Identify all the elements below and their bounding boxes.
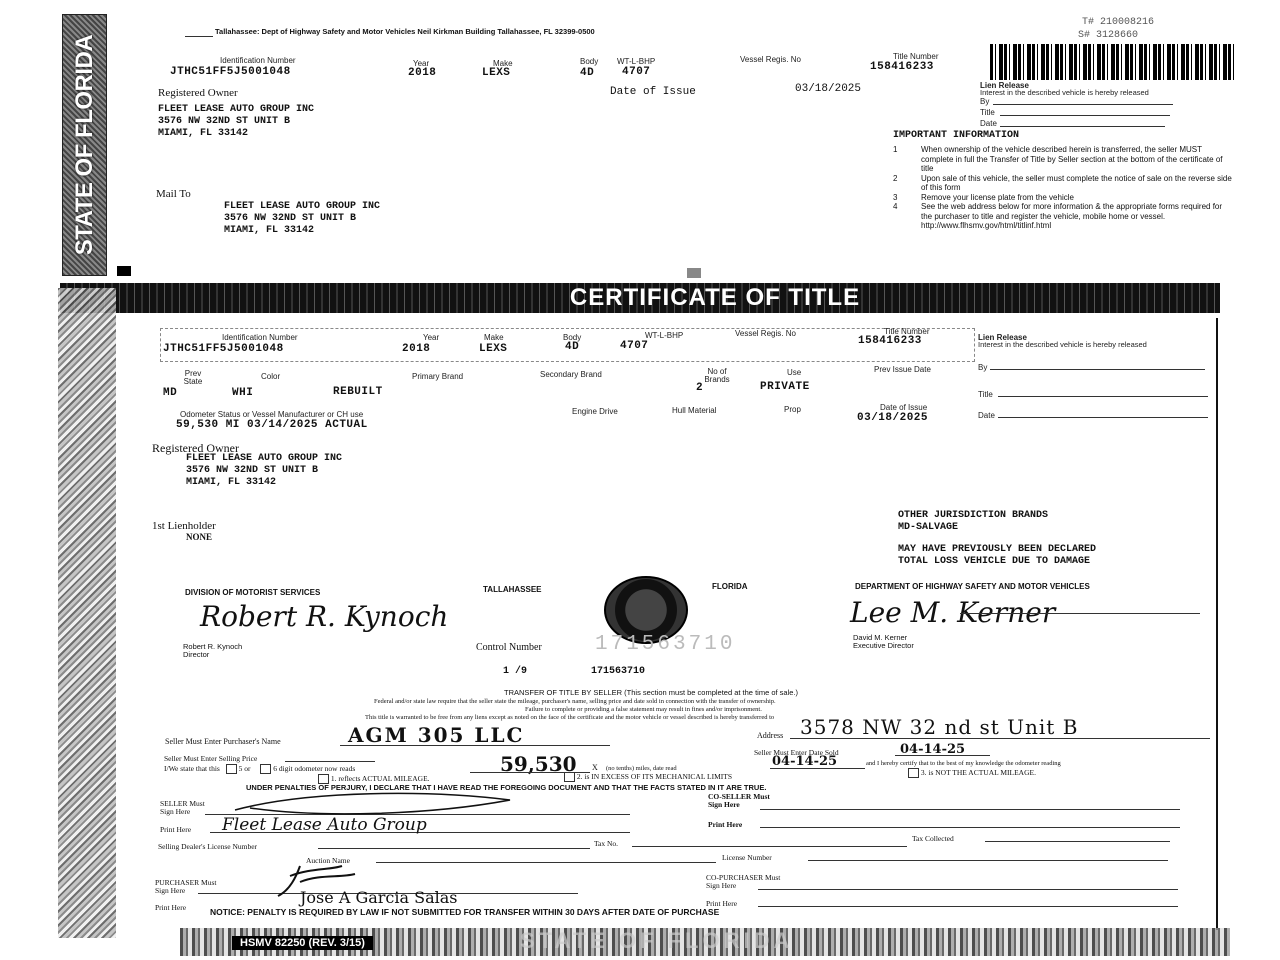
important-item: 1When ownership of the vehicle described… (893, 145, 1233, 174)
license-number-label: License Number (722, 853, 772, 862)
selling-price-label: Seller Must Enter Selling Price (164, 754, 257, 763)
date-read-value[interactable]: 04-14-25 (772, 754, 837, 769)
label-hull-material: Hull Material (672, 406, 716, 415)
label-prop: Prop (784, 405, 801, 414)
label-secondary-brand: Secondary Brand (540, 370, 602, 379)
stub-label-body: Body (580, 57, 598, 66)
year-value: 2018 (402, 343, 430, 355)
stub-registered-owner-label: Registered Owner (158, 87, 238, 99)
label-prev-state: Prev State (178, 370, 208, 386)
important-item: 4See the web address below for more info… (893, 202, 1233, 231)
total-loss-notice-1: MAY HAVE PREVIOUSLY BEEN DECLARED (898, 544, 1096, 556)
label-date-of-issue: Date of Issue (880, 403, 927, 412)
lien-title-field[interactable] (998, 396, 1208, 397)
certificate-of-title-heading: CERTIFICATE OF TITLE (480, 283, 950, 313)
lien-by-field[interactable] (990, 369, 1205, 370)
director-title: Director (183, 651, 242, 659)
label-primary-brand: Primary Brand (412, 372, 463, 381)
stub-date-of-issue: 03/18/2025 (795, 83, 861, 95)
date-of-issue-value: 03/18/2025 (857, 412, 928, 424)
label-year: Year (423, 333, 439, 342)
certificate-left-ornamental-border (58, 288, 116, 938)
side-banner-text: STATE OF FLORIDA (71, 35, 99, 255)
director-signature: Robert R. Kynoch (200, 600, 448, 633)
copurchaser-sign-label: CO-PURCHASER Must Sign Here (706, 874, 780, 890)
purchaser-name-value[interactable]: AGM 305 LLC (348, 723, 524, 747)
primary-brand-value: REBUILT (333, 386, 383, 398)
registered-owner-block: FLEET LEASE AUTO GROUP INC 3576 NW 32ND … (186, 453, 342, 489)
wt-value: 4707 (620, 340, 648, 352)
date-read-field[interactable] (770, 768, 865, 769)
stub-year: 2018 (408, 67, 436, 79)
page-indicator: 1 /9 (503, 666, 527, 677)
label-make: Make (484, 333, 504, 342)
inventory-s-number: S# 3128660 (1078, 30, 1138, 41)
mail-to-label: Mail To (156, 188, 191, 200)
label-use: Use (787, 368, 801, 377)
date-sold-value[interactable]: 04-14-25 (900, 742, 965, 757)
dealer-license-label: Selling Dealer's License Number (158, 842, 257, 851)
control-number: 171563710 (591, 666, 645, 677)
control-number-label: Control Number (476, 642, 542, 653)
total-loss-notice-2: TOTAL LOSS VEHICLE DUE TO DAMAGE (898, 556, 1096, 568)
perforation-mark-left (117, 266, 131, 276)
copurchaser-print-field[interactable] (758, 906, 1178, 907)
stub-lien-date-label: Date (980, 119, 997, 128)
coseller-print-label: Print Here (708, 820, 742, 829)
mail-to-street: 3576 NW 32ND ST UNIT B (224, 213, 380, 225)
coseller-signature-field[interactable] (760, 809, 1180, 810)
purchaser-print-label: Print Here (155, 903, 186, 912)
important-info-heading: IMPORTANT INFORMATION (893, 130, 1019, 141)
transfer-law-2: Failure to complete or providing a false… (525, 706, 762, 713)
body-value: 4D (565, 341, 579, 353)
label-engine-drive: Engine Drive (572, 407, 618, 416)
auction-name-field[interactable] (376, 862, 716, 863)
stub-body: 4D (580, 67, 594, 79)
department-label: DEPARTMENT OF HIGHWAY SAFETY AND MOTOR V… (855, 582, 1090, 591)
stub-vin: JTHC51FF5J5001048 (170, 66, 291, 78)
excess-mileage-checkbox[interactable] (564, 772, 575, 782)
transfer-law-1: Federal and/or state law require that th… (374, 698, 776, 705)
lien-date-label: Date (978, 411, 995, 420)
copurchaser-signature-field[interactable] (758, 889, 1178, 890)
penalty-notice: NOTICE: PENALTY IS REQUIRED BY LAW IF NO… (210, 907, 719, 917)
stub-date-of-issue-label: Date of Issue (610, 86, 696, 98)
purchaser-address-value[interactable]: 3578 NW 32 nd st Unit B (800, 715, 1078, 739)
important-item: 3Remove your license plate from the vehi… (893, 193, 1233, 203)
executive-signature-stroke (960, 613, 1200, 614)
perforation-mark-center (687, 268, 701, 278)
form-number: HSMV 82250 (REV. 3/15) (232, 936, 373, 950)
odometer-value: 59,530 MI 03/14/2025 ACTUAL (176, 419, 368, 431)
lien-release-text: Interest in the described vehicle is her… (978, 340, 1147, 349)
header-rule (185, 36, 213, 37)
footer-band-text: STATE OF FLORIDA (520, 928, 793, 954)
make-value: LEXS (479, 343, 507, 355)
tax-no-field[interactable] (632, 846, 907, 847)
owner-name: FLEET LEASE AUTO GROUP INC (158, 104, 314, 116)
tax-no-label: Tax No. (594, 839, 618, 848)
mail-to-city: MIAMI, FL 33142 (224, 225, 380, 237)
mail-to-name: FLEET LEASE AUTO GROUP INC (224, 201, 380, 213)
owner-street: 3576 NW 32ND ST UNIT B (158, 116, 314, 128)
tenths-label: (no tenths) miles, date read (606, 765, 677, 772)
city-label: TALLAHASSEE (483, 585, 542, 594)
purchaser-print-value[interactable]: Jose A Garcia Salas (300, 888, 458, 907)
purchaser-address-label: Address (757, 731, 783, 740)
dealer-license-field[interactable] (318, 848, 590, 849)
coseller-print-field[interactable] (760, 827, 1180, 828)
stub-label-id-number: Identification Number (220, 56, 296, 65)
important-item: 2Upon sale of this vehicle, the seller m… (893, 174, 1233, 193)
not-actual-mileage-checkbox[interactable] (908, 768, 919, 778)
seller-print-label: Print Here (160, 825, 191, 834)
stub-lien-by-label: By (980, 97, 989, 106)
other-jurisdiction-brands: OTHER JURISDICTION BRANDS MD-SALVAGE MAY… (898, 510, 1096, 568)
no-of-brands-value: 2 (696, 382, 703, 394)
transfer-heading: TRANSFER OF TITLE BY SELLER (This sectio… (504, 688, 798, 697)
executive-title: Executive Director (853, 642, 914, 650)
color-value: WHI (232, 387, 253, 399)
license-number-field[interactable] (808, 860, 1168, 861)
label-id-number: Identification Number (222, 333, 298, 342)
agency-address-line: Tallahassee: Dept of Highway Safety and … (215, 27, 595, 36)
tax-collected-label: Tax Collected (912, 834, 954, 843)
lien-date-field[interactable] (998, 417, 1208, 418)
control-number-stamped: 171563710 (595, 633, 735, 656)
seller-sign-label: SELLER Must Sign Here (160, 800, 205, 816)
registered-owner-city: MIAMI, FL 33142 (186, 477, 342, 489)
selling-price-field[interactable] (285, 761, 375, 762)
division-label: DIVISION OF MOTORIST SERVICES (185, 588, 320, 597)
stub-label-title-number: Title Number (893, 52, 939, 61)
tax-collected-field[interactable] (985, 841, 1170, 842)
stub-label-wt: WT-L-BHP (617, 57, 655, 66)
director-block: Robert R. Kynoch Director (183, 643, 242, 659)
prev-state-value: MD (163, 387, 177, 399)
other-brands-value: MD-SALVAGE (898, 522, 1096, 534)
stub-label-vessel: Vessel Regis. No (740, 55, 801, 64)
stub-lien-by-field[interactable] (993, 104, 1173, 105)
mail-to-address: FLEET LEASE AUTO GROUP INC 3576 NW 32ND … (224, 201, 380, 237)
pdf417-barcode (990, 44, 1235, 80)
coseller-sign-label: CO-SELLER Must Sign Here (708, 793, 770, 809)
label-color: Color (261, 372, 280, 381)
purchaser-name-label: Seller Must Enter Purchaser's Name (165, 737, 281, 746)
state-label: FLORIDA (712, 582, 748, 591)
six-digit-checkbox[interactable] (260, 764, 271, 774)
registered-owner-name: FLEET LEASE AUTO GROUP INC (186, 453, 342, 465)
owner-city: MIAMI, FL 33142 (158, 128, 314, 140)
state-of-florida-side-banner: STATE OF FLORIDA (62, 14, 107, 276)
stub-lien-title-label: Title (980, 108, 995, 117)
label-wt: WT-L-BHP (645, 331, 683, 340)
label-no-of-brands: No of Brands (700, 368, 734, 384)
mileage-option-excess: 2. is IN EXCESS OF ITS MECHANICAL LIMITS (564, 772, 732, 782)
stub-lien-date-field[interactable] (1000, 126, 1165, 127)
stub-lien-release-text: Interest in the described vehicle is her… (980, 88, 1149, 97)
title-number-value: 158416233 (858, 335, 922, 347)
stub-wt: 4707 (622, 66, 650, 78)
registered-owner-street: 3576 NW 32ND ST UNIT B (186, 465, 342, 477)
lienholder-label: 1st Lienholder (152, 520, 216, 532)
lienholder-value: NONE (186, 532, 212, 542)
transfer-law-3: This title is warranted to be free from … (365, 714, 774, 721)
lien-by-label: By (978, 363, 987, 372)
stub-make: LEXS (482, 67, 510, 79)
other-brands-heading: OTHER JURISDICTION BRANDS (898, 510, 1096, 522)
label-vessel: Vessel Regis. No (735, 329, 796, 338)
odometer-statement: I/We state that this 5 or 6 digit odomet… (164, 764, 355, 774)
vin-value: JTHC51FF5J5001048 (163, 343, 284, 355)
odometer-certify-text: and I hereby certify that to the best of… (866, 760, 1061, 767)
important-info-list: 1When ownership of the vehicle described… (893, 145, 1233, 231)
stub-registered-owner: FLEET LEASE AUTO GROUP INC 3576 NW 32ND … (158, 104, 314, 140)
executive-block: David M. Kerner Executive Director (853, 634, 914, 650)
use-value: PRIVATE (760, 381, 810, 393)
seller-print-value[interactable]: Fleet Lease Auto Group (222, 815, 427, 835)
label-prev-issue-date: Prev Issue Date (874, 365, 931, 374)
stub-lien-title-field[interactable] (1000, 115, 1170, 116)
stub-title-number: 158416233 (870, 61, 934, 73)
lien-title-label: Title (978, 390, 993, 399)
five-digit-checkbox[interactable] (226, 764, 237, 774)
label-odometer: Odometer Status or Vessel Manufacturer o… (180, 410, 363, 419)
tenths-value[interactable]: X (592, 763, 598, 772)
mileage-option-not-actual: 3. is NOT THE ACTUAL MILEAGE. (908, 768, 1036, 778)
inventory-t-number: T# 210008216 (1082, 17, 1154, 28)
